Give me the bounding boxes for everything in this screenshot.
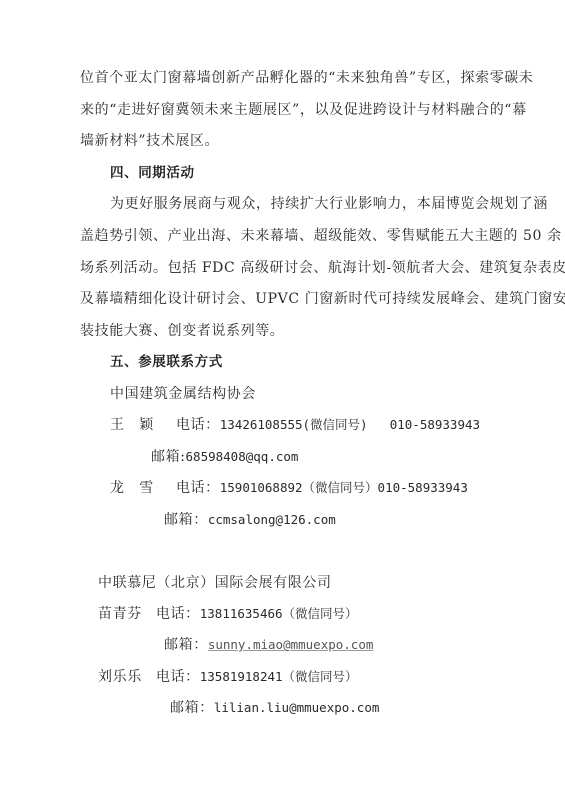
phone-label: 电话： bbox=[156, 669, 200, 685]
contact-email-row: 邮箱：lilian.liu@mmuexpo.com bbox=[170, 699, 379, 717]
paragraph-line: 墙新材料”技术展区。 bbox=[80, 132, 219, 150]
paragraph-line: 位首个亚太门窗幕墙创新产品孵化器的“未来独角兽”专区，探索零碳未 bbox=[80, 69, 534, 87]
landline-number: 010-58933943 bbox=[390, 417, 480, 432]
phone-number: 13581918241（微信同号） bbox=[200, 669, 358, 684]
email-label: 邮箱： bbox=[170, 700, 214, 716]
email-link[interactable]: sunny.miao@mmuexpo.com bbox=[208, 637, 374, 652]
phone-number: 13811635466（微信同号） bbox=[200, 606, 358, 621]
paragraph-line: 盖趋势引领、产业出海、未来幕墙、超级能效、零售赋能五大主题的 50 余 bbox=[80, 227, 562, 245]
organization-name: 中国建筑金属结构协会 bbox=[110, 385, 256, 403]
contact-name: 王 颖 bbox=[110, 417, 154, 433]
email-label: 邮箱： bbox=[164, 512, 208, 528]
contact-phone-row: 苗青芬 电话：13811635466（微信同号） bbox=[98, 605, 358, 623]
contact-name: 刘乐乐 bbox=[98, 669, 142, 685]
phone-label: 电话： bbox=[176, 480, 220, 496]
phone-label: 电话： bbox=[156, 606, 200, 622]
landline-number: 010-58933943 bbox=[378, 480, 468, 495]
email-address: 68598408@qq.com bbox=[186, 449, 299, 464]
contact-phone-row: 王 颖 电话：13426108555(微信同号) 010-58933943 bbox=[110, 416, 480, 434]
contact-phone-row: 刘乐乐 电话：13581918241（微信同号） bbox=[98, 668, 358, 686]
organization-name: 中联慕尼（北京）国际会展有限公司 bbox=[98, 574, 332, 592]
contact-email-row: 邮箱：sunny.miao@mmuexpo.com bbox=[164, 636, 373, 654]
email-address: ccmsalong@126.com bbox=[208, 512, 336, 527]
section-heading-contacts: 五、参展联系方式 bbox=[110, 353, 223, 371]
paragraph-line: 场系列活动。包括 FDC 高级研讨会、航海计划-领航者大会、建筑复杂表皮 bbox=[80, 259, 565, 277]
contact-email-row: 邮箱:68598408@qq.com bbox=[151, 448, 298, 466]
paragraph-line: 来的“走进好窗冀领未来主题展区”，以及促进跨设计与材料融合的“幕 bbox=[80, 101, 527, 119]
contact-email-row: 邮箱：ccmsalong@126.com bbox=[164, 511, 336, 529]
contact-name: 龙 雪 bbox=[110, 480, 154, 496]
phone-label: 电话： bbox=[176, 417, 220, 433]
paragraph-line: 为更好服务展商与观众，持续扩大行业影响力，本届博览会规划了涵 bbox=[110, 195, 548, 213]
phone-number: 13426108555(微信同号) bbox=[220, 417, 368, 432]
contact-name: 苗青芬 bbox=[98, 606, 142, 622]
email-label: 邮箱： bbox=[164, 637, 208, 653]
section-heading-events: 四、同期活动 bbox=[110, 164, 195, 182]
email-address: lilian.liu@mmuexpo.com bbox=[214, 700, 380, 715]
phone-number: 15901068892（微信同号） bbox=[220, 480, 378, 495]
paragraph-line: 装技能大赛、创变者说系列等。 bbox=[80, 322, 284, 340]
paragraph-line: 及幕墙精细化设计研讨会、UPVC 门窗新时代可持续发展峰会、建筑门窗安 bbox=[80, 290, 565, 308]
contact-phone-row: 龙 雪 电话：15901068892（微信同号）010-58933943 bbox=[110, 479, 468, 497]
email-label: 邮箱: bbox=[151, 449, 186, 465]
